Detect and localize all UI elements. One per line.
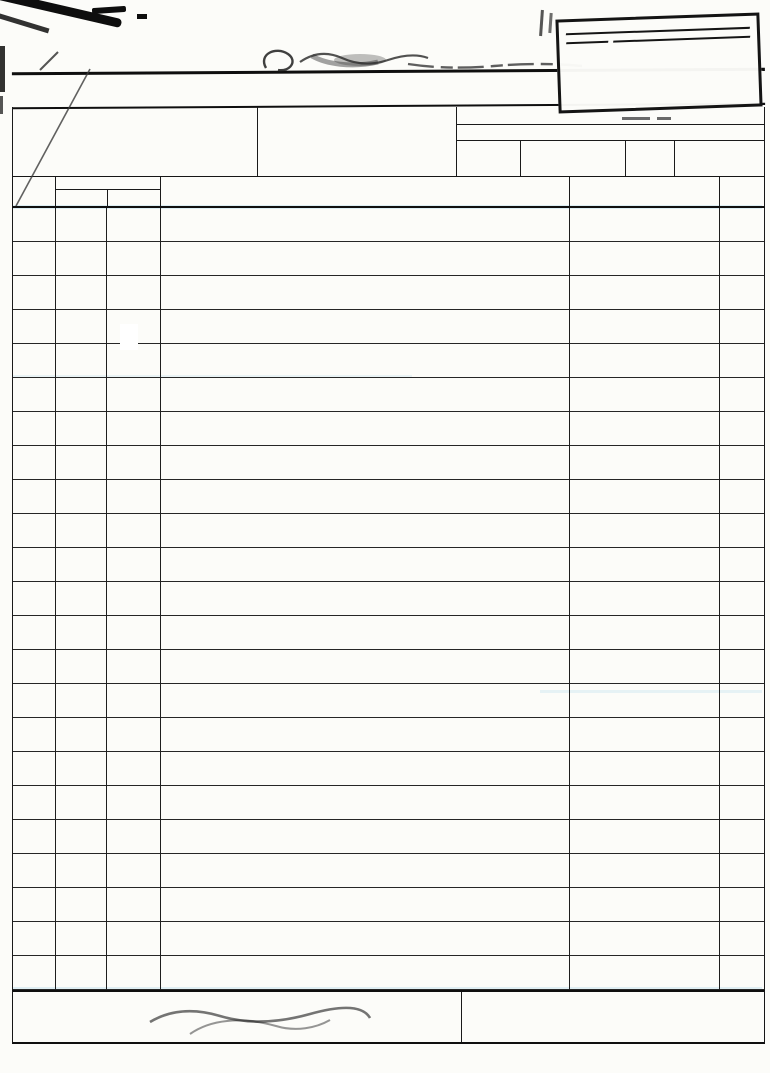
authority-value bbox=[566, 27, 750, 35]
scanned-document-page bbox=[0, 0, 770, 1073]
column-divider bbox=[569, 208, 570, 990]
column-divider bbox=[719, 208, 720, 990]
form-subtitle bbox=[12, 93, 572, 96]
column-time bbox=[55, 177, 160, 206]
column-incidents bbox=[160, 177, 569, 206]
table-column-headers bbox=[12, 176, 765, 208]
column-divider bbox=[160, 208, 161, 990]
column-action-taken bbox=[569, 177, 719, 206]
location-box bbox=[257, 107, 457, 176]
typed-name-cell bbox=[13, 992, 461, 1042]
scan-artifact bbox=[0, 96, 3, 114]
scan-artifact bbox=[0, 12, 49, 34]
organization-box bbox=[13, 107, 257, 176]
scan-artifact bbox=[0, 46, 5, 92]
scan-artifact bbox=[92, 6, 126, 14]
scan-artifact bbox=[657, 117, 671, 120]
declassified-stamp bbox=[555, 12, 762, 113]
period-box bbox=[456, 107, 764, 176]
by-value bbox=[566, 41, 608, 44]
signature-cell bbox=[461, 992, 764, 1042]
to-date-cell bbox=[674, 141, 764, 176]
column-divider bbox=[55, 208, 56, 990]
scan-artifact bbox=[548, 13, 552, 33]
period-from-to bbox=[457, 124, 764, 176]
column-time-out bbox=[107, 190, 160, 207]
scan-artifact bbox=[137, 14, 147, 19]
from-date-cell bbox=[520, 141, 625, 176]
declassified-title bbox=[566, 20, 750, 26]
form-title bbox=[12, 77, 572, 80]
to-hour-cell bbox=[625, 141, 674, 176]
column-initials bbox=[719, 177, 764, 206]
nara-date-value bbox=[613, 36, 750, 43]
form-footer bbox=[12, 990, 765, 1044]
scan-artifact bbox=[622, 117, 650, 120]
scan-artifact bbox=[539, 10, 544, 36]
column-item-no bbox=[13, 177, 55, 206]
form-header bbox=[12, 107, 765, 176]
nara-watermark bbox=[120, 324, 138, 350]
from-hour-cell bbox=[457, 141, 520, 176]
column-time-in bbox=[56, 190, 107, 207]
column-divider bbox=[106, 208, 107, 990]
